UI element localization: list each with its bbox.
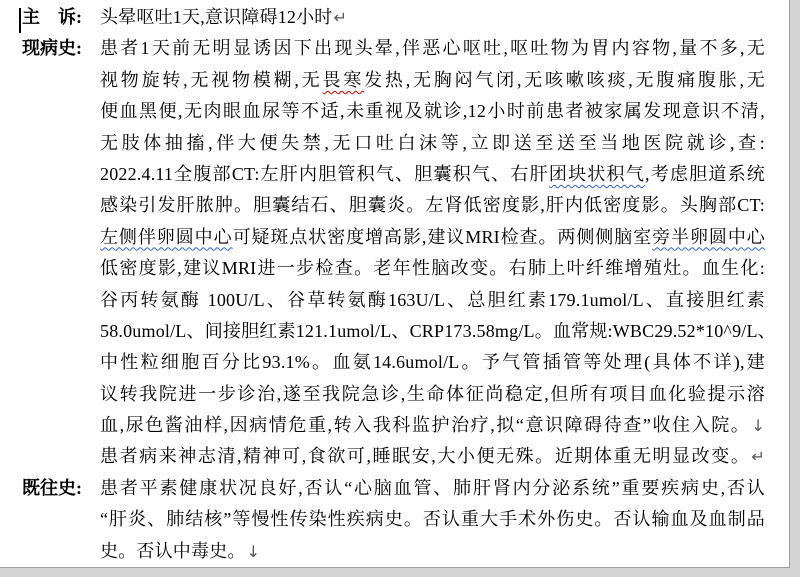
text-run: 便血黑便,无肉眼血尿等不适,未重视及就诊,12小时前患者被家属发现意识不清, bbox=[100, 101, 765, 121]
text-line[interactable]: “肝炎、肺结核”等慢性传染性疾病史。否认重大手术外伤史。否认输血及血制品 bbox=[100, 504, 765, 535]
section-label[interactable]: 既往史: bbox=[22, 473, 100, 504]
section-label[interactable]: 主 诉: bbox=[22, 2, 100, 33]
text-run: 史。否认中毒史。 bbox=[100, 541, 246, 561]
text-run: 谷丙转氨酶 100U/L、谷草转氨酶163U/L、总胆红素179.1umol/L… bbox=[100, 290, 765, 310]
paragraph-mark-icon: ↵ bbox=[750, 447, 765, 466]
text-run: ,考虑胆道系统 bbox=[645, 164, 765, 184]
text-run: 患者平素健康状况良好,否认“心脑血管、肺肝肾内分泌系统”重要疾病史,否认 bbox=[100, 478, 765, 498]
text-run: 患者1天前无明显诱因下出现头晕,伴恶心呕吐,呕吐物为胃内容物,量不多,无 bbox=[100, 38, 765, 58]
text-run: 血,尿色酱油样,因病情危重,转入我科监护治疗,拟“意识障碍待查”收住入院。 bbox=[100, 415, 750, 435]
section[interactable]: 主 诉:头晕呕吐1天,意识障碍12小时↵ bbox=[0, 2, 789, 33]
text-line[interactable]: 中性粒细胞百分比93.1%。血氨14.6umol/L。予气管插管等处理(具体不详… bbox=[100, 347, 765, 378]
text-run: 视物旋转,无视物模糊,无 bbox=[100, 70, 323, 90]
text-line[interactable]: 患者1天前无明显诱因下出现头晕,伴恶心呕吐,呕吐物为胃内容物,量不多,无 bbox=[100, 33, 765, 64]
section[interactable]: 现病史:患者1天前无明显诱因下出现头晕,伴恶心呕吐,呕吐物为胃内容物,量不多,无… bbox=[0, 33, 789, 472]
grammar-underline: 左侧伴卵圆中心 bbox=[100, 227, 233, 247]
text-run: 可疑斑点状密度增高影,建议MRI检查。两侧侧脑室 bbox=[233, 227, 653, 247]
line-break-mark-icon: ↓ bbox=[750, 416, 765, 435]
text-line[interactable]: 2022.4.11全腹部CT:左肝内胆管积气、胆囊积气、右肝团块状积气,考虑胆道… bbox=[100, 159, 765, 190]
line-break-mark-icon: ↓ bbox=[246, 542, 261, 561]
text-line[interactable]: 患者平素健康状况良好,否认“心脑血管、肺肝肾内分泌系统”重要疾病史,否认 bbox=[100, 473, 765, 504]
text-run: 58.0umol/L、间接胆红素121.1umol/L、CRP173.58mg/… bbox=[100, 321, 776, 341]
text-run: 发热,无胸闷气闭,无咳嗽咳痰,无腹痛腹胀,无 bbox=[364, 70, 765, 90]
text-line[interactable]: 谷丙转氨酶 100U/L、谷草转氨酶163U/L、总胆红素179.1umol/L… bbox=[100, 285, 765, 316]
text-line[interactable]: 议转我院进一步诊治,遂至我院急诊,生命体征尚稳定,但所有项目血化验提示溶 bbox=[100, 379, 765, 410]
grammar-underline: 团块状积气 bbox=[549, 164, 645, 184]
text-line[interactable]: 视物旋转,无视物模糊,无畏寒发热,无胸闷气闭,无咳嗽咳痰,无腹痛腹胀,无 bbox=[100, 65, 765, 96]
spellcheck-underline: 畏寒 bbox=[323, 70, 365, 90]
paragraph-mark-icon: ↵ bbox=[333, 8, 348, 27]
text-run: “肝炎、肺结核”等慢性传染性疾病史。否认重大手术外伤史。否认输血及血制品 bbox=[100, 509, 765, 529]
text-line[interactable]: 无肢体抽搐,伴大便失禁,无口吐白沫等,立即送至送至当地医院就诊,查: bbox=[100, 128, 765, 159]
grammar-underline: 旁半卵圆中心 bbox=[652, 227, 765, 247]
text-line[interactable]: 史。否认中毒史。↓ bbox=[100, 536, 765, 567]
text-line[interactable]: 头晕呕吐1天,意识障碍12小时↵ bbox=[100, 2, 765, 33]
text-run: 议转我院进一步诊治,遂至我院急诊,生命体征尚稳定,但所有项目血化验提示溶 bbox=[100, 384, 765, 404]
text-cursor bbox=[19, 8, 21, 33]
text-line[interactable]: 患者病来神志清,精神可,食欲可,睡眠安,大小便无殊。近期体重无明显改变。↵ bbox=[100, 441, 765, 472]
text-line[interactable]: 58.0umol/L、间接胆红素121.1umol/L、CRP173.58mg/… bbox=[100, 316, 765, 347]
text-line[interactable]: 左侧伴卵圆中心可疑斑点状密度增高影,建议MRI检查。两侧侧脑室旁半卵圆中心 bbox=[100, 222, 765, 253]
text-run: 患者病来神志清,精神可,食欲可,睡眠安,大小便无殊。近期体重无明显改变。 bbox=[100, 446, 750, 466]
page-edge-bottom bbox=[0, 568, 800, 577]
section-label[interactable]: 现病史: bbox=[22, 33, 100, 64]
document-page[interactable]: 主 诉:头晕呕吐1天,意识障碍12小时↵现病史:患者1天前无明显诱因下出现头晕,… bbox=[0, 0, 790, 568]
document-text-area[interactable]: 主 诉:头晕呕吐1天,意识障碍12小时↵现病史:患者1天前无明显诱因下出现头晕,… bbox=[0, 2, 789, 567]
text-run: 无肢体抽搐,伴大便失禁,无口吐白沫等,立即送至送至当地医院就诊,查: bbox=[100, 133, 765, 153]
page-edge-right bbox=[790, 0, 800, 577]
text-run: 中性粒细胞百分比93.1%。血氨14.6umol/L。予气管插管等处理(具体不详… bbox=[100, 352, 765, 372]
text-run: 感染引发肝脓肿。胆囊结石、胆囊炎。左肾低密度影,肝内低密度影。头胸部CT: bbox=[100, 195, 765, 215]
text-line[interactable]: 血,尿色酱油样,因病情危重,转入我科监护治疗,拟“意识障碍待查”收住入院。↓ bbox=[100, 410, 765, 441]
text-line[interactable]: 低密度影,建议MRI进一步检查。老年性脑改变。右肺上叶纤维增殖灶。血生化: bbox=[100, 253, 765, 284]
text-run: 2022.4.11全腹部CT:左肝内胆管积气、胆囊积气、右肝 bbox=[100, 164, 549, 184]
section[interactable]: 既往史:患者平素健康状况良好,否认“心脑血管、肺肝肾内分泌系统”重要疾病史,否认… bbox=[0, 473, 789, 567]
text-line[interactable]: 感染引发肝脓肿。胆囊结石、胆囊炎。左肾低密度影,肝内低密度影。头胸部CT: bbox=[100, 190, 765, 221]
text-run: 低密度影,建议MRI进一步检查。老年性脑改变。右肺上叶纤维增殖灶。血生化: bbox=[100, 258, 765, 278]
text-run: 头晕呕吐1天,意识障碍12小时 bbox=[100, 7, 333, 27]
text-line[interactable]: 便血黑便,无肉眼血尿等不适,未重视及就诊,12小时前患者被家属发现意识不清, bbox=[100, 96, 765, 127]
